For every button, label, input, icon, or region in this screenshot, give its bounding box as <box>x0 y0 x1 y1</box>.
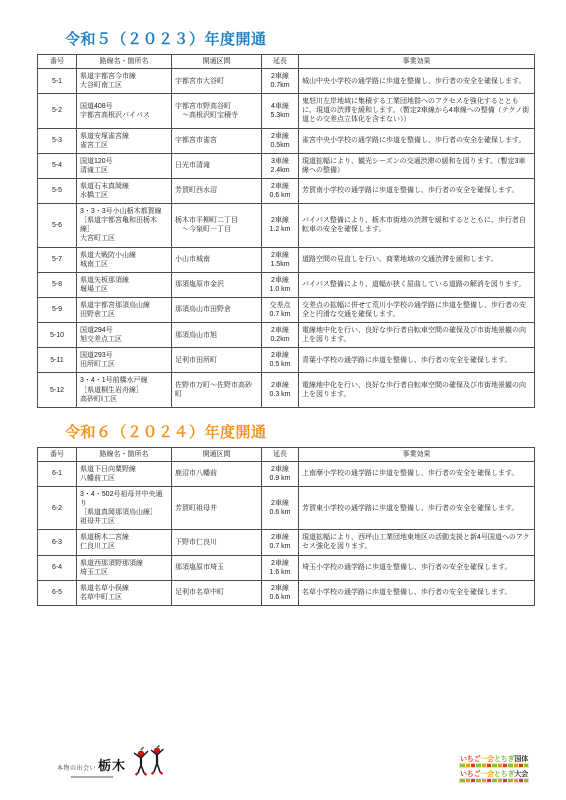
table-row: 6-4 県道西那須野那須線 埼玉工区 那須塩原市埼玉 2車線 1.6 km 埼玉… <box>38 555 535 580</box>
header-route-name: 路線名・箇所名 <box>77 55 172 69</box>
project-effect: 現道拡幅により、観光シーズンの交通渋滞の緩和を図ります。（暫定3車線への整備） <box>299 153 535 178</box>
section-title-r6: 令和６（２０２４）年度開通 <box>65 421 534 442</box>
event-logos: いちご一会とちぎ国体 いちご一会とちぎ大会 <box>460 756 528 782</box>
route-name: 県道宇都宮那須烏山線 田野倉工区 <box>77 297 172 322</box>
opening-section: 宇都宮市雀宮 <box>172 128 262 153</box>
opening-section: 日光市清滝 <box>172 153 262 178</box>
table-row: 5-3 県道安塚雀宮線 雀宮工区 宇都宮市雀宮 2車線 0.5km 雀宮中央小学… <box>38 128 535 153</box>
route-name: 3・4・1号前橋水戸線 ［県道桐生岩舟線］ 高砂町Ⅰ工区 <box>77 373 172 407</box>
route-name: 県道安塚雀宮線 雀宮工区 <box>77 128 172 153</box>
opening-section: 宇都宮市野高谷町 ～高根沢町宝積寺 <box>172 94 262 128</box>
length: 2車線 1.0 km <box>262 272 299 297</box>
table-header-r5: 番号 路線名・箇所名 開通区間 延長 事業効果 <box>38 55 535 69</box>
length: 4車線 5.3km <box>262 94 299 128</box>
table-row: 5-5 県道石末真岡線 水橋工区 芳賀町西水沼 2車線 0.6 km 芳賀南小学… <box>38 178 535 203</box>
table-row: 5-12 3・4・1号前橋水戸線 ［県道桐生岩舟線］ 高砂町Ⅰ工区 佐野市万町～… <box>38 373 535 407</box>
header-length: 延長 <box>262 447 299 461</box>
route-name: 県道矢板那須線 堰場工区 <box>77 272 172 297</box>
route-name: 3・3・3号小山栃木都賀線 ［県道宇都宮亀和田栃木線］ 大宮町工区 <box>77 204 172 247</box>
table-row: 5-9 県道宇都宮那須烏山線 田野倉工区 那須烏山市田野倉 交差点 0.7 km… <box>38 297 535 322</box>
opening-table-r6: 番号 路線名・箇所名 開通区間 延長 事業効果 6-1 県道下日向粟野線 八幡前… <box>37 447 535 606</box>
table-row: 6-2 3・4・502号祖母井中央通り ［県道真岡那須烏山線］ 祖母井工区 芳賀… <box>38 487 535 530</box>
row-number: 5-2 <box>38 94 77 128</box>
row-number: 5-3 <box>38 128 77 153</box>
opening-section: 足利市名草中町 <box>172 580 262 605</box>
row-number: 6-5 <box>38 580 77 605</box>
opening-section: 那須塩原市埼玉 <box>172 555 262 580</box>
length: 交差点 0.7 km <box>262 297 299 322</box>
route-name: 県道下日向粟野線 八幡前工区 <box>77 461 172 486</box>
row-number: 5-5 <box>38 178 77 203</box>
project-effect: 鬼怒川左岸地域に集積する工業団地群へのアクセスを強化するとともに、現道の渋滞を緩… <box>299 94 535 128</box>
project-effect: 上南摩小学校の通学路に歩道を整備し、歩行者の安全を確保します。 <box>299 461 535 486</box>
length: 2車線 0.2km <box>262 323 299 348</box>
mascot-figures-icon <box>129 745 169 782</box>
table-row: 6-5 県道名草小俣線 名草中町工区 足利市名草中町 2車線 0.6 km 名草… <box>38 580 535 605</box>
ichigo-ichie-tochigi-taikai-logo: いちご一会とちぎ大会 <box>460 771 528 782</box>
section-title-r5: 令和５（２０２３）年度開通 <box>65 28 534 49</box>
table-row: 5-1 県道宇都宮今市線 大谷町南工区 宇都宮市大谷町 2車線 0.7km 城山… <box>38 69 535 94</box>
project-effect: バイパス整備により、栃木市街地の渋滞を緩和するとともに、歩行者自転車の安全を確保… <box>299 204 535 247</box>
route-name: 3・4・502号祖母井中央通り ［県道真岡那須烏山線］ 祖母井工区 <box>77 487 172 530</box>
row-number: 5-7 <box>38 247 77 272</box>
route-name: 国道294号 旭交差点工区 <box>77 323 172 348</box>
route-name: 国道293号 田所町工区 <box>77 348 172 373</box>
project-effect: 道路空間の見直しを行い、商業地域の交通渋滞を緩和します。 <box>299 247 535 272</box>
row-number: 6-1 <box>38 461 77 486</box>
project-effect: 埼玉小学校の通学路に歩道を整備し、歩行者の安全を確保します。 <box>299 555 535 580</box>
project-effect: 城山中央小学校の通学路に歩道を整備し、歩行者の安全を確保します。 <box>299 69 535 94</box>
length: 2車線 0.6 km <box>262 580 299 605</box>
table-row: 5-11 国道293号 田所町工区 足利市田所町 2車線 0.5 km 青葉小学… <box>38 348 535 373</box>
section-r5: 令和５（２０２３）年度開通 番号 路線名・箇所名 開通区間 延長 事業効果 5-… <box>37 28 534 408</box>
brand-name: 栃木 <box>98 755 126 774</box>
length: 2車線 0.7km <box>262 69 299 94</box>
header-opening-section: 開通区間 <box>172 447 262 461</box>
length: 2車線 0.9 km <box>262 461 299 486</box>
length: 2車線 0.3 km <box>262 373 299 407</box>
footer: 本物の出会い 栃木 <box>37 745 534 786</box>
project-effect: 青葉小学校の通学路に歩道を整備し、歩行者の安全を確保します。 <box>299 348 535 373</box>
table-row: 6-3 県道栃木二宮線 仁良川工区 下野市仁良川 2車線 0.7 km 現道拡幅… <box>38 530 535 555</box>
table-header-r6: 番号 路線名・箇所名 開通区間 延長 事業効果 <box>38 447 535 461</box>
project-effect: 電線地中化を行い、良好な歩行者自転車空間の確保及び市街地景観の向上を図ります。 <box>299 373 535 407</box>
length: 2車線 0.6 km <box>262 178 299 203</box>
brand-subline <box>71 776 113 778</box>
row-number: 6-3 <box>38 530 77 555</box>
route-name: 県道栃木二宮線 仁良川工区 <box>77 530 172 555</box>
row-number: 5-9 <box>38 297 77 322</box>
row-number: 5-1 <box>38 69 77 94</box>
row-number: 6-4 <box>38 555 77 580</box>
header-effect: 事業効果 <box>299 55 535 69</box>
table-row: 5-2 国道408号 宇都宮高根沢バイパス 宇都宮市野高谷町 ～高根沢町宝積寺 … <box>38 94 535 128</box>
row-number: 5-10 <box>38 323 77 348</box>
opening-section: 那須烏山市旭 <box>172 323 262 348</box>
logo-color-bar <box>460 779 528 782</box>
project-effect: 芳賀東小学校の通学路に歩道を整備し、歩行者の安全を確保します。 <box>299 487 535 530</box>
opening-section: 栃木市平柳町二丁目 ～今泉町一丁目 <box>172 204 262 247</box>
opening-section: 鹿沼市八幡前 <box>172 461 262 486</box>
route-name: 国道408号 宇都宮高根沢バイパス <box>77 94 172 128</box>
opening-section: 宇都宮市大谷町 <box>172 69 262 94</box>
route-name: 県道石末真岡線 水橋工区 <box>77 178 172 203</box>
table-row: 5-6 3・3・3号小山栃木都賀線 ［県道宇都宮亀和田栃木線］ 大宮町工区 栃木… <box>38 204 535 247</box>
header-length: 延長 <box>262 55 299 69</box>
opening-table-r5: 番号 路線名・箇所名 開通区間 延長 事業効果 5-1 県道宇都宮今市線 大谷町… <box>37 54 535 408</box>
document-page: 令和５（２０２３）年度開通 番号 路線名・箇所名 開通区間 延長 事業効果 5-… <box>0 0 566 800</box>
length: 2車線 1.2 km <box>262 204 299 247</box>
opening-section: 佐野市万町～佐野市高砂町 <box>172 373 262 407</box>
route-name: 県道大戦防小山線 城南工区 <box>77 247 172 272</box>
project-effect: 交差点の拡幅に併せて荒川小学校の通学路に歩道を整備し、歩行者の安全と円滑な交通を… <box>299 297 535 322</box>
row-number: 5-8 <box>38 272 77 297</box>
table-row: 5-4 国道120号 清滝工区 日光市清滝 3車線 2.4km 現道拡幅により、… <box>38 153 535 178</box>
length: 2車線 0.7 km <box>262 530 299 555</box>
length: 2車線 1.5km <box>262 247 299 272</box>
tochigi-brand-logo: 本物の出会い 栃木 <box>57 745 169 782</box>
project-effect: バイパス整備により、道幅が狭く屈曲している道路の解消を図ります。 <box>299 272 535 297</box>
row-number: 6-2 <box>38 487 77 530</box>
header-effect: 事業効果 <box>299 447 535 461</box>
length: 2車線 0.6 km <box>262 487 299 530</box>
length: 2車線 0.5 km <box>262 348 299 373</box>
row-number: 5-4 <box>38 153 77 178</box>
opening-section: 那須塩原市金沢 <box>172 272 262 297</box>
route-name: 県道西那須野那須線 埼玉工区 <box>77 555 172 580</box>
section-r6: 令和６（２０２４）年度開通 番号 路線名・箇所名 開通区間 延長 事業効果 6-… <box>37 421 534 606</box>
header-number: 番号 <box>38 447 77 461</box>
route-name: 県道宇都宮今市線 大谷町南工区 <box>77 69 172 94</box>
project-effect: 電線地中化を行い、良好な歩行者自転車空間の確保及び市街地景観の向上を図ります。 <box>299 323 535 348</box>
table-row: 5-10 国道294号 旭交差点工区 那須烏山市旭 2車線 0.2km 電線地中… <box>38 323 535 348</box>
project-effect: 芳賀南小学校の通学路に歩道を整備し、歩行者の安全を確保します。 <box>299 178 535 203</box>
opening-section: 芳賀町祖母井 <box>172 487 262 530</box>
opening-section: 芳賀町西水沼 <box>172 178 262 203</box>
row-number: 5-12 <box>38 373 77 407</box>
header-number: 番号 <box>38 55 77 69</box>
opening-section: 足利市田所町 <box>172 348 262 373</box>
length: 3車線 2.4km <box>262 153 299 178</box>
logo-color-bar <box>460 764 528 767</box>
table-row: 6-1 県道下日向粟野線 八幡前工区 鹿沼市八幡前 2車線 0.9 km 上南摩… <box>38 461 535 486</box>
length: 2車線 0.5km <box>262 128 299 153</box>
opening-section: 那須烏山市田野倉 <box>172 297 262 322</box>
table-row: 5-7 県道大戦防小山線 城南工区 小山市城南 2車線 1.5km 道路空間の見… <box>38 247 535 272</box>
row-number: 5-11 <box>38 348 77 373</box>
project-effect: 名草小学校の通学路に歩道を整備し、歩行者の安全を確保します。 <box>299 580 535 605</box>
route-name: 県道名草小俣線 名草中町工区 <box>77 580 172 605</box>
length: 2車線 1.6 km <box>262 555 299 580</box>
row-number: 5-6 <box>38 204 77 247</box>
table-row: 5-8 県道矢板那須線 堰場工区 那須塩原市金沢 2車線 1.0 km バイパス… <box>38 272 535 297</box>
header-opening-section: 開通区間 <box>172 55 262 69</box>
header-route-name: 路線名・箇所名 <box>77 447 172 461</box>
ichigo-ichie-tochigi-kokutai-logo: いちご一会とちぎ国体 <box>460 756 528 767</box>
opening-section: 小山市城南 <box>172 247 262 272</box>
project-effect: 雀宮中央小学校の通学路に歩道を整備し、歩行者の安全を確保します。 <box>299 128 535 153</box>
opening-section: 下野市仁良川 <box>172 530 262 555</box>
project-effect: 現道拡幅により、西坪山工業団地東地区の活動支援と新4号国道へのアクセス強化を図り… <box>299 530 535 555</box>
route-name: 国道120号 清滝工区 <box>77 153 172 178</box>
brand-tagline: 本物の出会い <box>57 763 96 772</box>
